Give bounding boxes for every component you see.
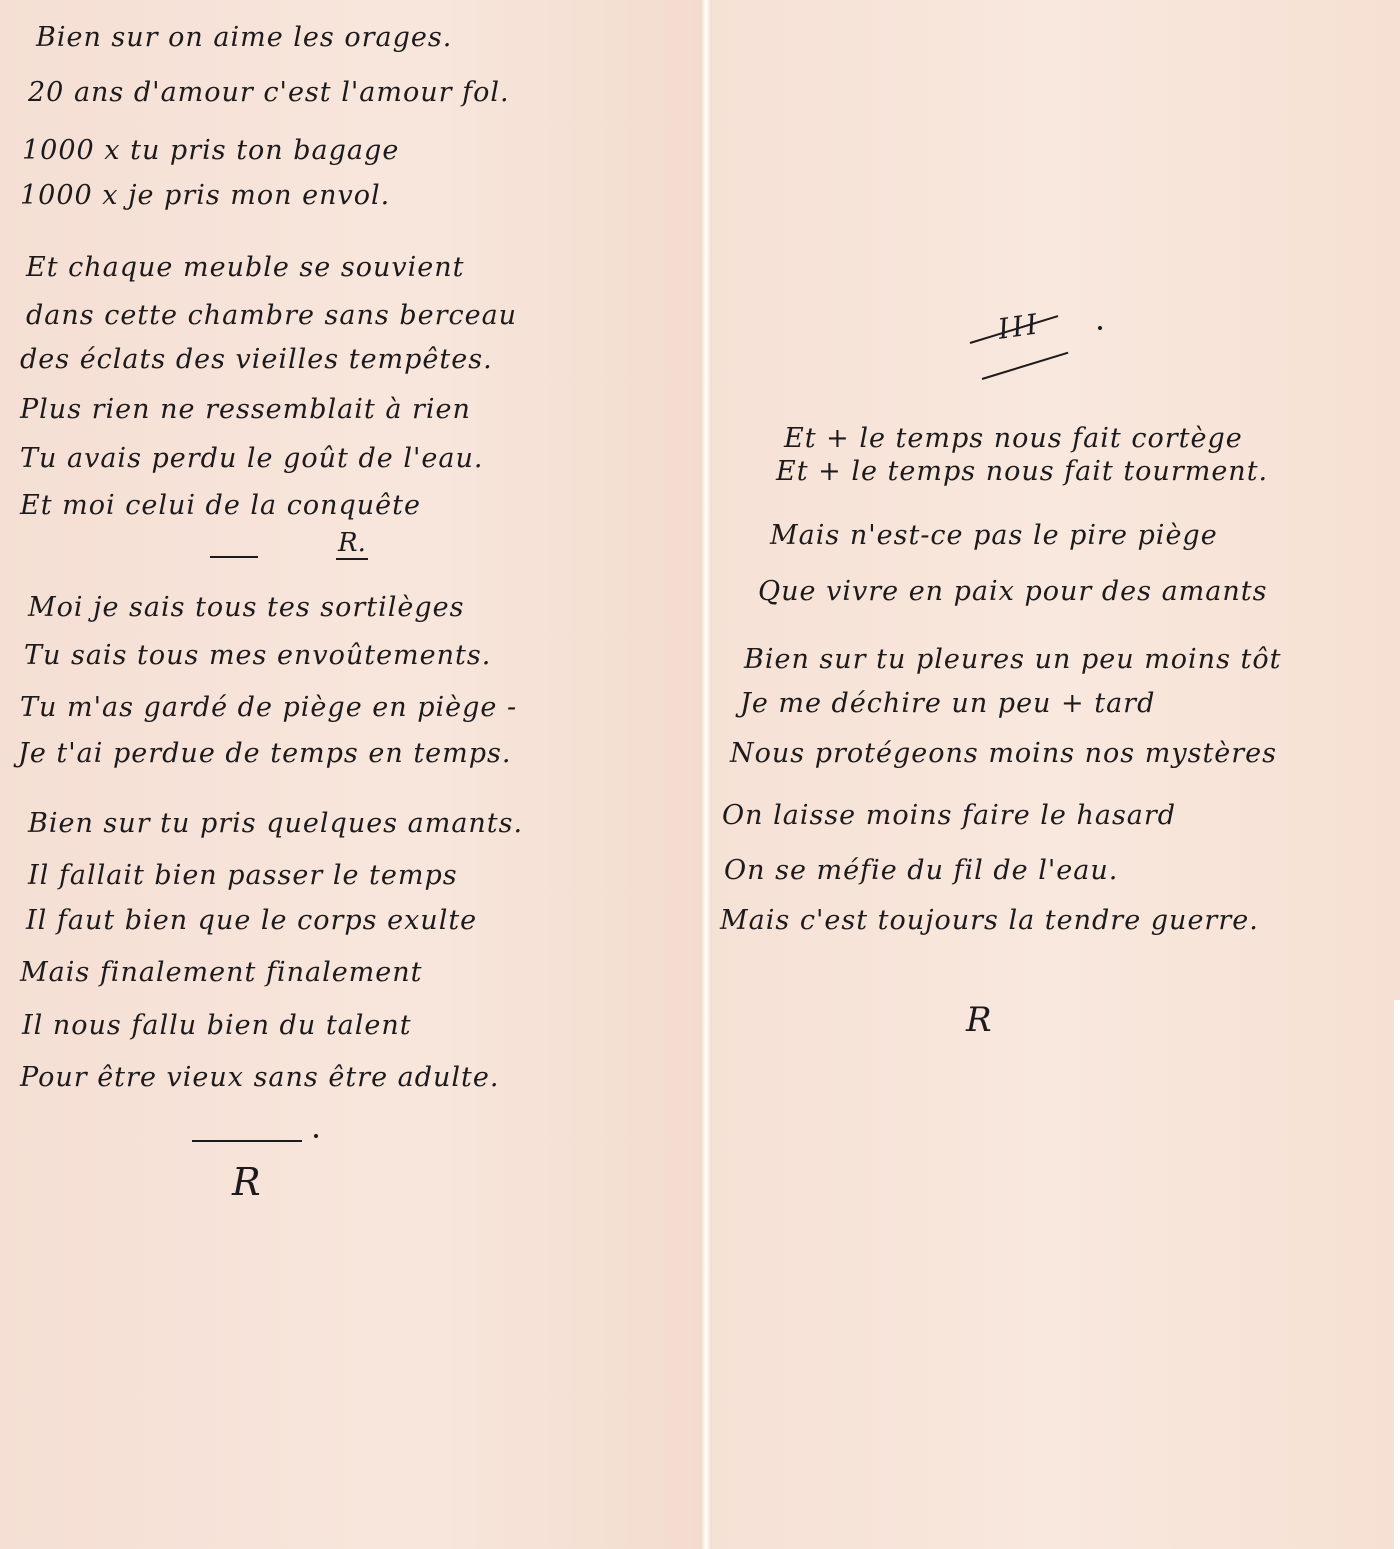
poem-line: On se méfie du fil de l'eau.	[724, 855, 1118, 886]
poem-line: Et moi celui de la conquête	[20, 490, 421, 521]
poem-line: Bien sur tu pris quelques amants.	[28, 808, 523, 839]
poem-line: Et + le temps nous fait tourment.	[776, 456, 1268, 487]
torn-edge	[1394, 1000, 1400, 1549]
poem-line: Moi je sais tous tes sortilèges	[28, 592, 465, 623]
poem-line: 1000 x je pris mon envol.	[20, 180, 390, 211]
poem-line: Plus rien ne ressemblait à rien	[20, 394, 471, 425]
poem-line: Et chaque meuble se souvient	[26, 252, 464, 283]
poem-line: Bien sur on aime les orages.	[36, 22, 452, 53]
poem-line: Mais n'est-ce pas le pire piège	[770, 520, 1218, 551]
poem-line: Nous protégeons moins nos mystères	[730, 738, 1277, 769]
poem-line: Mais finalement finalement	[20, 957, 423, 988]
manuscript-sheet: Bien sur on aime les orages. 20 ans d'am…	[0, 0, 1400, 1549]
initial-underline	[336, 558, 368, 560]
poem-line: Pour être vieux sans être adulte.	[20, 1062, 499, 1093]
section-dot	[1098, 326, 1102, 330]
poem-line: des éclats des vieilles tempêtes.	[20, 344, 493, 375]
closing-dot	[314, 1134, 318, 1138]
poem-line: Je me déchire un peu + tard	[740, 688, 1155, 719]
poem-line: Tu sais tous mes envoûtements.	[24, 640, 491, 671]
poem-line: Je t'ai perdue de temps en temps.	[18, 738, 511, 769]
center-fold	[700, 0, 712, 1549]
signature-left: R	[232, 1160, 261, 1204]
poem-line: 1000 x tu pris ton bagage	[22, 135, 399, 166]
poem-line: Il fallait bien passer le temps	[28, 860, 458, 891]
poem-line: On laisse moins faire le hasard	[722, 800, 1176, 831]
poem-line: Tu avais perdu le goût de l'eau.	[20, 443, 483, 474]
separator-rule	[210, 556, 258, 558]
poem-line: Et + le temps nous fait cortège	[784, 423, 1243, 454]
poem-line: Que vivre en paix pour des amants	[758, 576, 1267, 607]
poem-line: Tu m'as gardé de piège en piège -	[20, 692, 517, 723]
initial-mark: R.	[338, 528, 366, 558]
poem-line: dans cette chambre sans berceau	[26, 300, 517, 331]
poem-line: Mais c'est toujours la tendre guerre.	[720, 905, 1259, 936]
poem-line: Bien sur tu pleures un peu moins tôt	[744, 644, 1281, 675]
closing-rule	[192, 1140, 302, 1142]
section-numeral: III	[996, 307, 1042, 346]
right-page	[712, 0, 1400, 1549]
section-number: III	[970, 300, 1080, 360]
poem-line: 20 ans d'amour c'est l'amour fol.	[28, 77, 510, 108]
poem-line: Il nous fallu bien du talent	[22, 1010, 412, 1041]
poem-line: Il faut bien que le corps exulte	[26, 905, 477, 936]
signature-right: R	[966, 1000, 992, 1040]
left-page	[0, 0, 700, 1549]
